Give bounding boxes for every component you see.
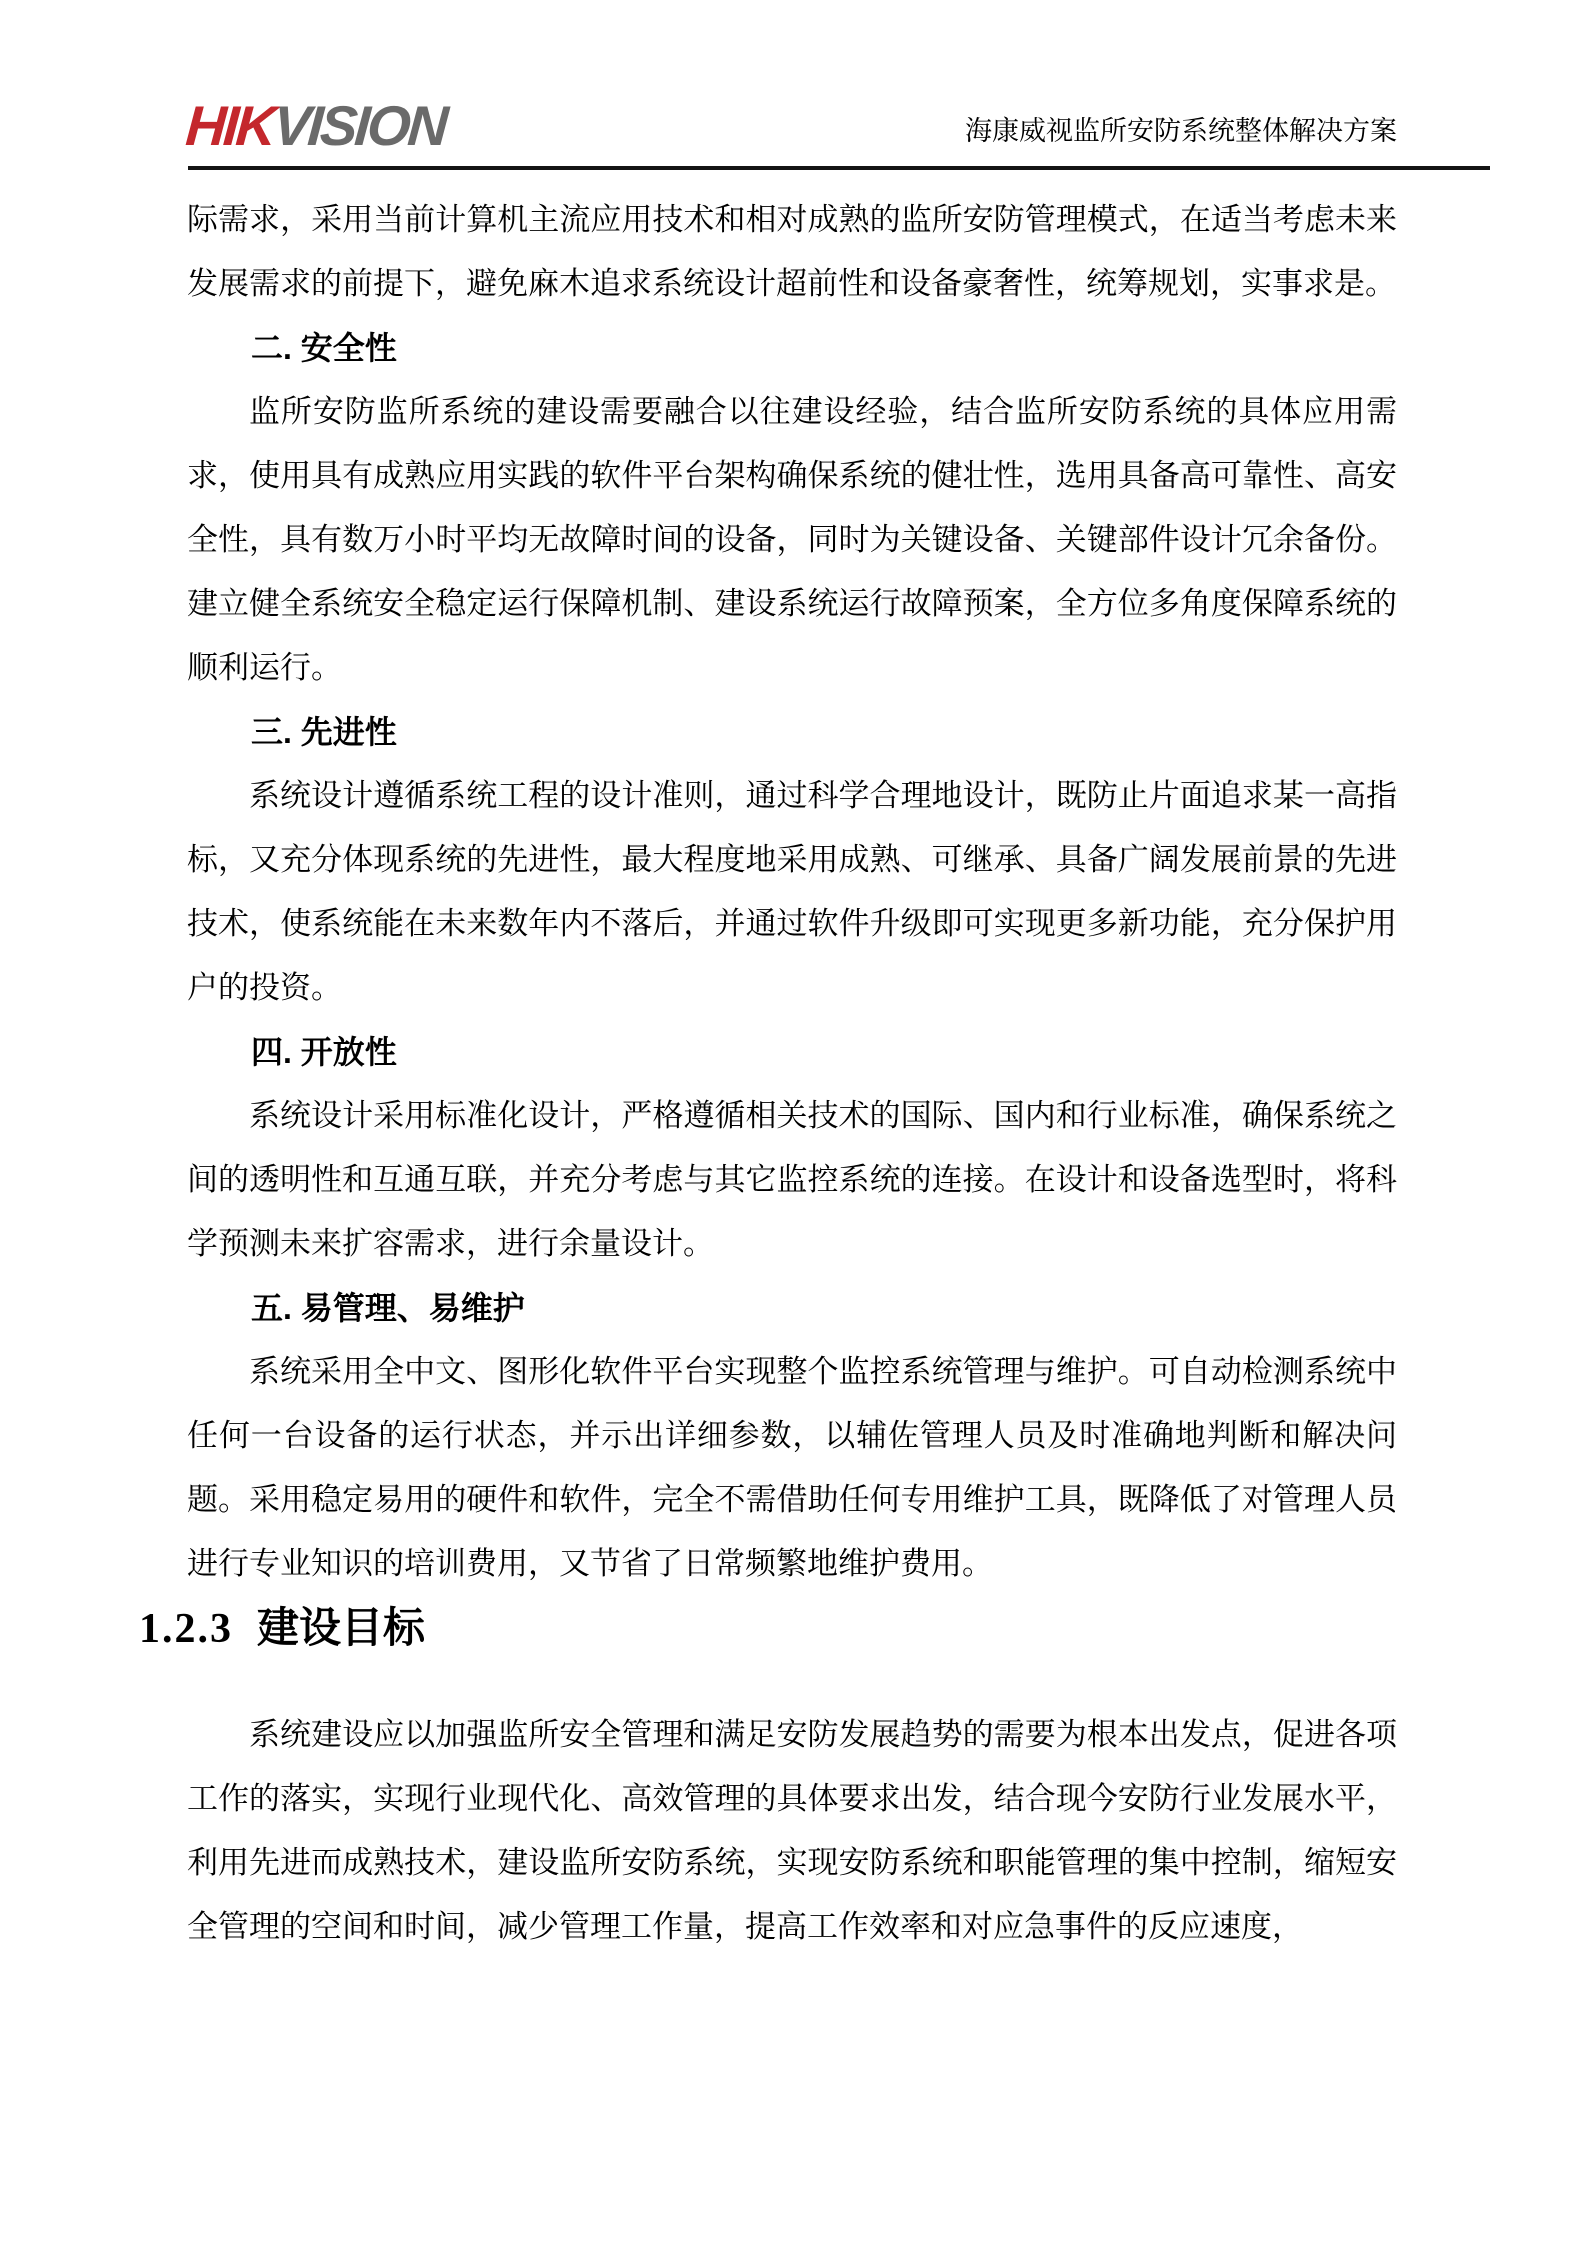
section-paragraph-advancement: 系统设计遵循系统工程的设计准则，通过科学合理地设计，既防止片面追求某一高指标，又… <box>187 764 1397 1020</box>
section-paragraph-openness: 系统设计采用标准化设计，严格遵循相关技术的国际、国内和行业标准，确保系统之间的透… <box>187 1084 1397 1276</box>
section-heading-openness: 四. 开放性 <box>187 1020 1397 1084</box>
section-heading-advancement: 三. 先进性 <box>187 700 1397 764</box>
logo-vision-text: VISION <box>271 94 447 157</box>
goal-paragraph: 系统建设应以加强监所安全管理和满足安防发展趋势的需要为根本出发点，促进各项工作的… <box>187 1703 1397 1959</box>
document-page: HIKVISION 海康威视监所安防系统整体解决方案 际需求，采用当前计算机主流… <box>0 0 1587 2245</box>
section-heading-manageability: 五. 易管理、易维护 <box>187 1276 1397 1340</box>
chapter-number: 1.2.3 <box>139 1606 233 1652</box>
section-paragraph-security: 监所安防监所系统的建设需要融合以往建设经验，结合监所安防系统的具体应用需求，使用… <box>187 380 1397 700</box>
intro-continuation-paragraph: 际需求，采用当前计算机主流应用技术和相对成熟的监所安防管理模式，在适当考虑未来发… <box>187 188 1397 316</box>
chapter-heading-1-2-3: 1.2.3建设目标 <box>139 1604 1397 1653</box>
hikvision-logo: HIKVISION <box>184 98 447 154</box>
chapter-title: 建设目标 <box>257 1604 425 1651</box>
document-body: 际需求，采用当前计算机主流应用技术和相对成熟的监所安防管理模式，在适当考虑未来发… <box>187 188 1397 1959</box>
header-doc-title: 海康威视监所安防系统整体解决方案 <box>965 114 1397 148</box>
header-divider-rule <box>188 166 1490 170</box>
section-heading-security: 二. 安全性 <box>187 316 1397 380</box>
section-paragraph-manageability: 系统采用全中文、图形化软件平台实现整个监控系统管理与维护。可自动检测系统中任何一… <box>187 1340 1397 1596</box>
logo-hik-text: HIK <box>184 94 276 157</box>
